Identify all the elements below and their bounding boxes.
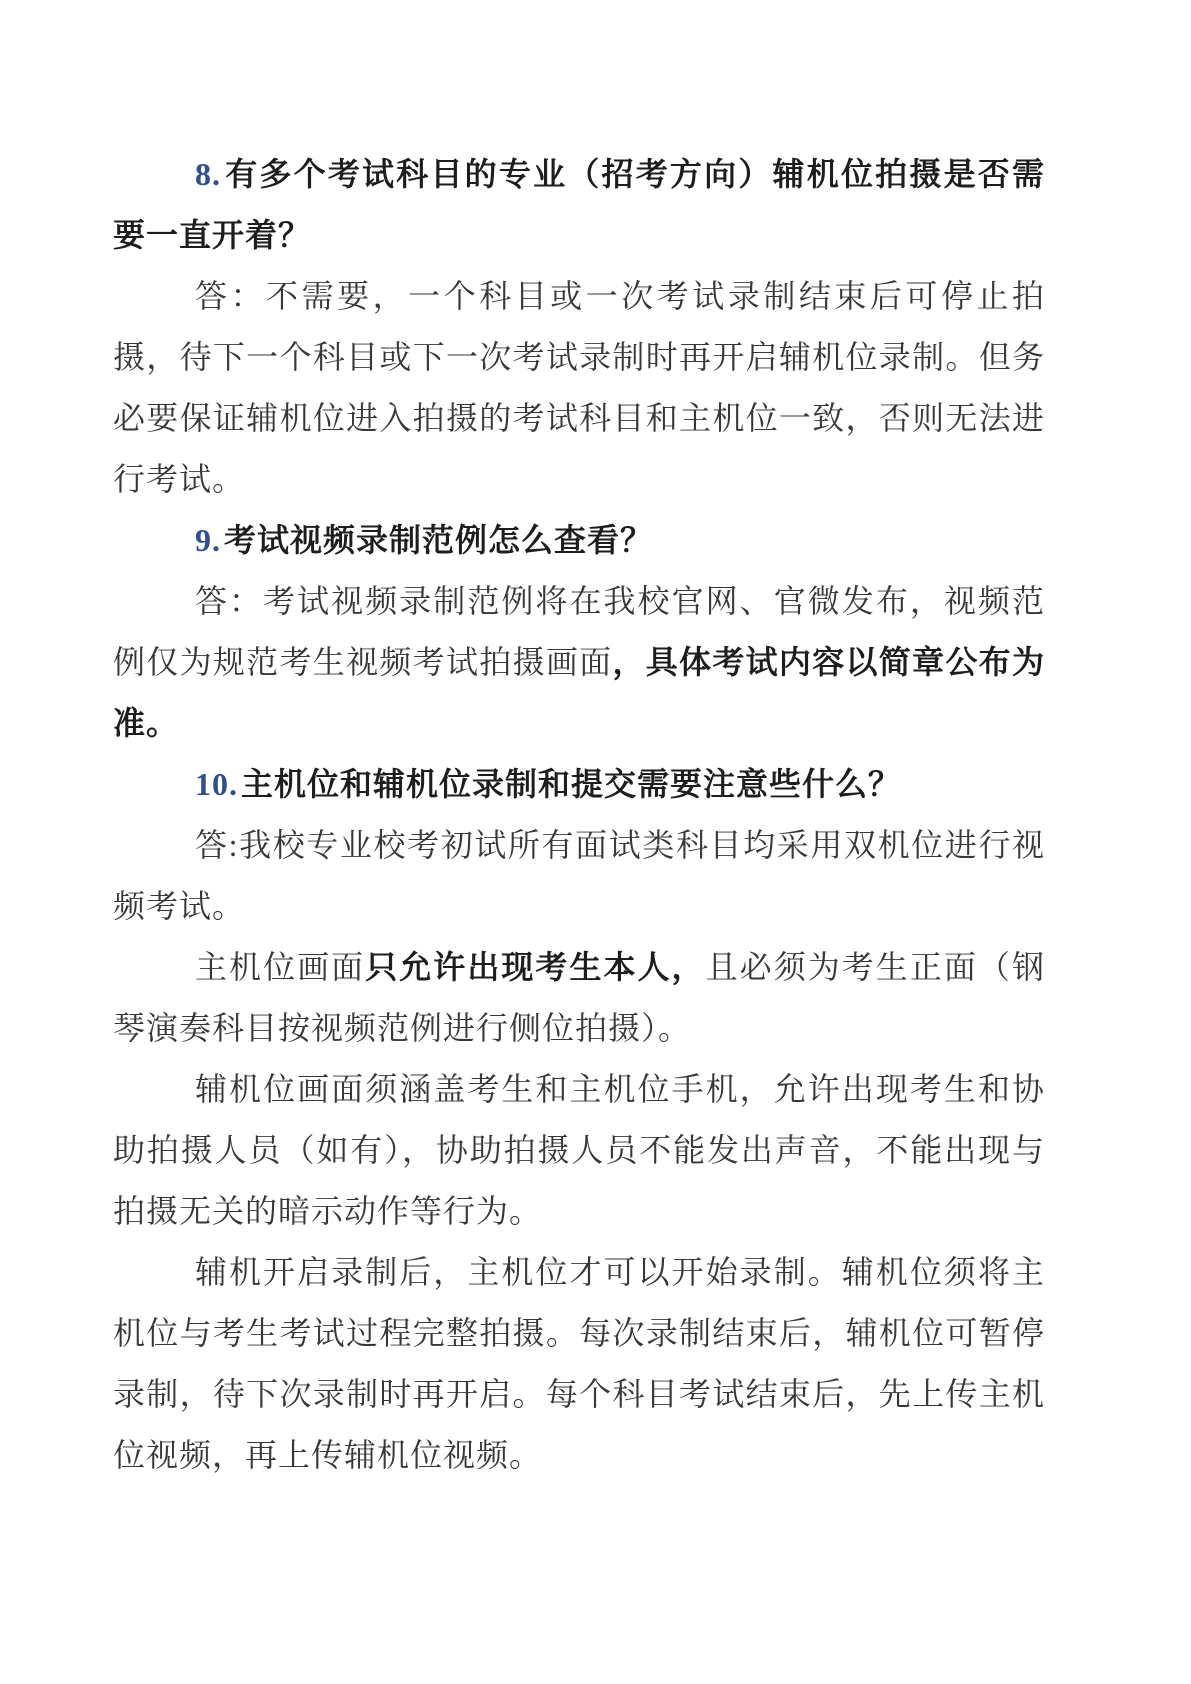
faq-question-8: 8.有多个考试科目的专业（招考方向）辅机位拍摄是否需要一直开着？ (113, 144, 1045, 266)
faq-answer-8: 答：不需要，一个科目或一次考试录制结束后可停止拍摄，待下一个科目或下一次考试录制… (113, 266, 1045, 510)
faq-answer-10-aux-camera: 辅机位画面须涵盖考生和主机位手机，允许出现考生和协助拍摄人员（如有），协助拍摄人… (113, 1059, 1045, 1242)
faq-answer-9: 答：考试视频录制范例将在我校官网、官微发布，视频范例仅为规范考生视频考试拍摄画面… (113, 571, 1045, 754)
question-10-number: 10. (195, 766, 241, 802)
faq-question-10: 10.主机位和辅机位录制和提交需要注意些什么？ (113, 754, 1045, 815)
question-8-number: 8. (195, 156, 224, 192)
aux-camera-text: 辅机位画面须涵盖考生和主机位手机，允许出现考生和协助拍摄人员（如有），协助拍摄人… (113, 1071, 1045, 1229)
answer-8-text: 答：不需要，一个科目或一次考试录制结束后可停止拍摄，待下一个科目或下一次考试录制… (113, 278, 1045, 497)
question-8-text: 有多个考试科目的专业（招考方向）辅机位拍摄是否需要一直开着？ (113, 156, 1045, 253)
question-9-text: 考试视频录制范例怎么查看？ (224, 522, 653, 558)
main-camera-text-regular-1: 主机位画面 (195, 949, 365, 985)
answer-10-intro-text: 答:我校专业校考初试所有面试类科目均采用双机位进行视频考试。 (113, 827, 1045, 924)
faq-answer-10-intro: 答:我校专业校考初试所有面试类科目均采用双机位进行视频考试。 (113, 815, 1045, 937)
main-camera-text-bold: 只允许出现考生本人， (365, 949, 705, 985)
recording-order-text: 辅机开启录制后，主机位才可以开始录制。辅机位须将主机位与考生考试过程完整拍摄。每… (113, 1254, 1045, 1473)
question-10-text: 主机位和辅机位录制和提交需要注意些什么？ (241, 766, 901, 802)
faq-question-9: 9.考试视频录制范例怎么查看？ (113, 510, 1045, 571)
document-page: 8.有多个考试科目的专业（招考方向）辅机位拍摄是否需要一直开着？ 答：不需要，一… (0, 0, 1191, 1684)
faq-answer-10-main-camera: 主机位画面只允许出现考生本人，且必须为考生正面（钢琴演奏科目按视频范例进行侧位拍… (113, 937, 1045, 1059)
faq-answer-10-recording-order: 辅机开启录制后，主机位才可以开始录制。辅机位须将主机位与考生考试过程完整拍摄。每… (113, 1242, 1045, 1486)
question-9-number: 9. (195, 522, 224, 558)
